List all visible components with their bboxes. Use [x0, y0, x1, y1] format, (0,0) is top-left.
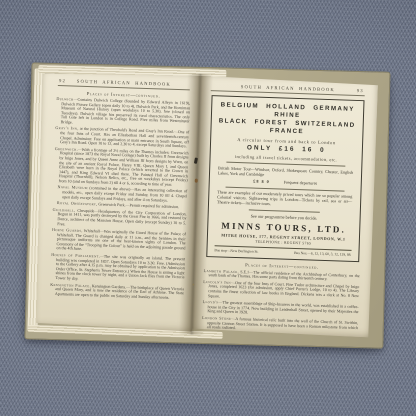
entry-dulwich: Dulwich—Contains Dulwich College (founde… — [56, 97, 191, 129]
advert-headline-line2: BLACK FOREST SWITZERLAND FRANCE — [217, 117, 357, 138]
advert-motor-price: £8 8 0 — [253, 179, 270, 185]
entry-houses-of-parliament: Houses of Parliament.—The site was origi… — [50, 253, 185, 285]
right-page: SOUTH AFRICAN HANDBOOK 93 BELGIUM HOLLAN… — [192, 76, 378, 338]
advert-divider-short — [249, 209, 320, 212]
advert-body: These are examples of our moderately pri… — [217, 190, 352, 209]
left-page-number: 92 — [59, 78, 69, 83]
entry-text: , Whitehall—Was originally the Guard Hou… — [56, 228, 186, 251]
advert-motor-note: Frequent departures — [284, 180, 318, 186]
gutter-small-speck — [192, 284, 194, 286]
open-book: 92 SOUTH AFRICAN HANDBOOK Places of Inte… — [34, 71, 378, 338]
advert-bus-row: Bus stop—New Burlington St. Bus Nos.—6, … — [214, 246, 351, 258]
left-page: 92 SOUTH AFRICAN HANDBOOK Places of Inte… — [34, 71, 200, 332]
advert-bus-numbers: Bus Nos.—6, 12, 13, 60, 3, 12, 129, 88. — [294, 251, 351, 257]
advert-bus-stop: Bus stop—New Burlington St. — [214, 249, 258, 254]
entry-text: —Contains Dulwich College (founded by Ed… — [61, 97, 191, 125]
right-page-number: 93 — [354, 88, 364, 93]
entry-text: .—With a frontage of 2½ miles on the Tha… — [59, 146, 189, 186]
entry-kensington-palace: Kensington Palace, Kensington Gardens.—T… — [50, 282, 184, 300]
gutter-brown-speck — [195, 179, 198, 183]
entry-text: —One of the four Inns of Court. Fine Tud… — [208, 280, 360, 298]
entry-horse-guards: Horse Guards, Whitehall—Was originally t… — [51, 228, 186, 255]
entry-term: Royal Observatory — [57, 200, 97, 206]
entry-text: .—The site was originally an island. The… — [55, 254, 185, 281]
entry-london-stone: London Stone—A famous historical relic b… — [202, 316, 358, 335]
entry-text: , Cheapside—Headquarters of the City Cor… — [57, 207, 186, 225]
entry-text: , at the junction of Theobald's Road and… — [60, 126, 189, 148]
travel-advert: BELGIUM HOLLAND GERMANY RHINE BLACK FORE… — [206, 95, 364, 263]
entry-greenwich: Greenwich.—With a frontage of 2½ miles o… — [54, 147, 189, 188]
photo-scene: 92 SOUTH AFRICAN HANDBOOK Places of Inte… — [0, 0, 416, 416]
